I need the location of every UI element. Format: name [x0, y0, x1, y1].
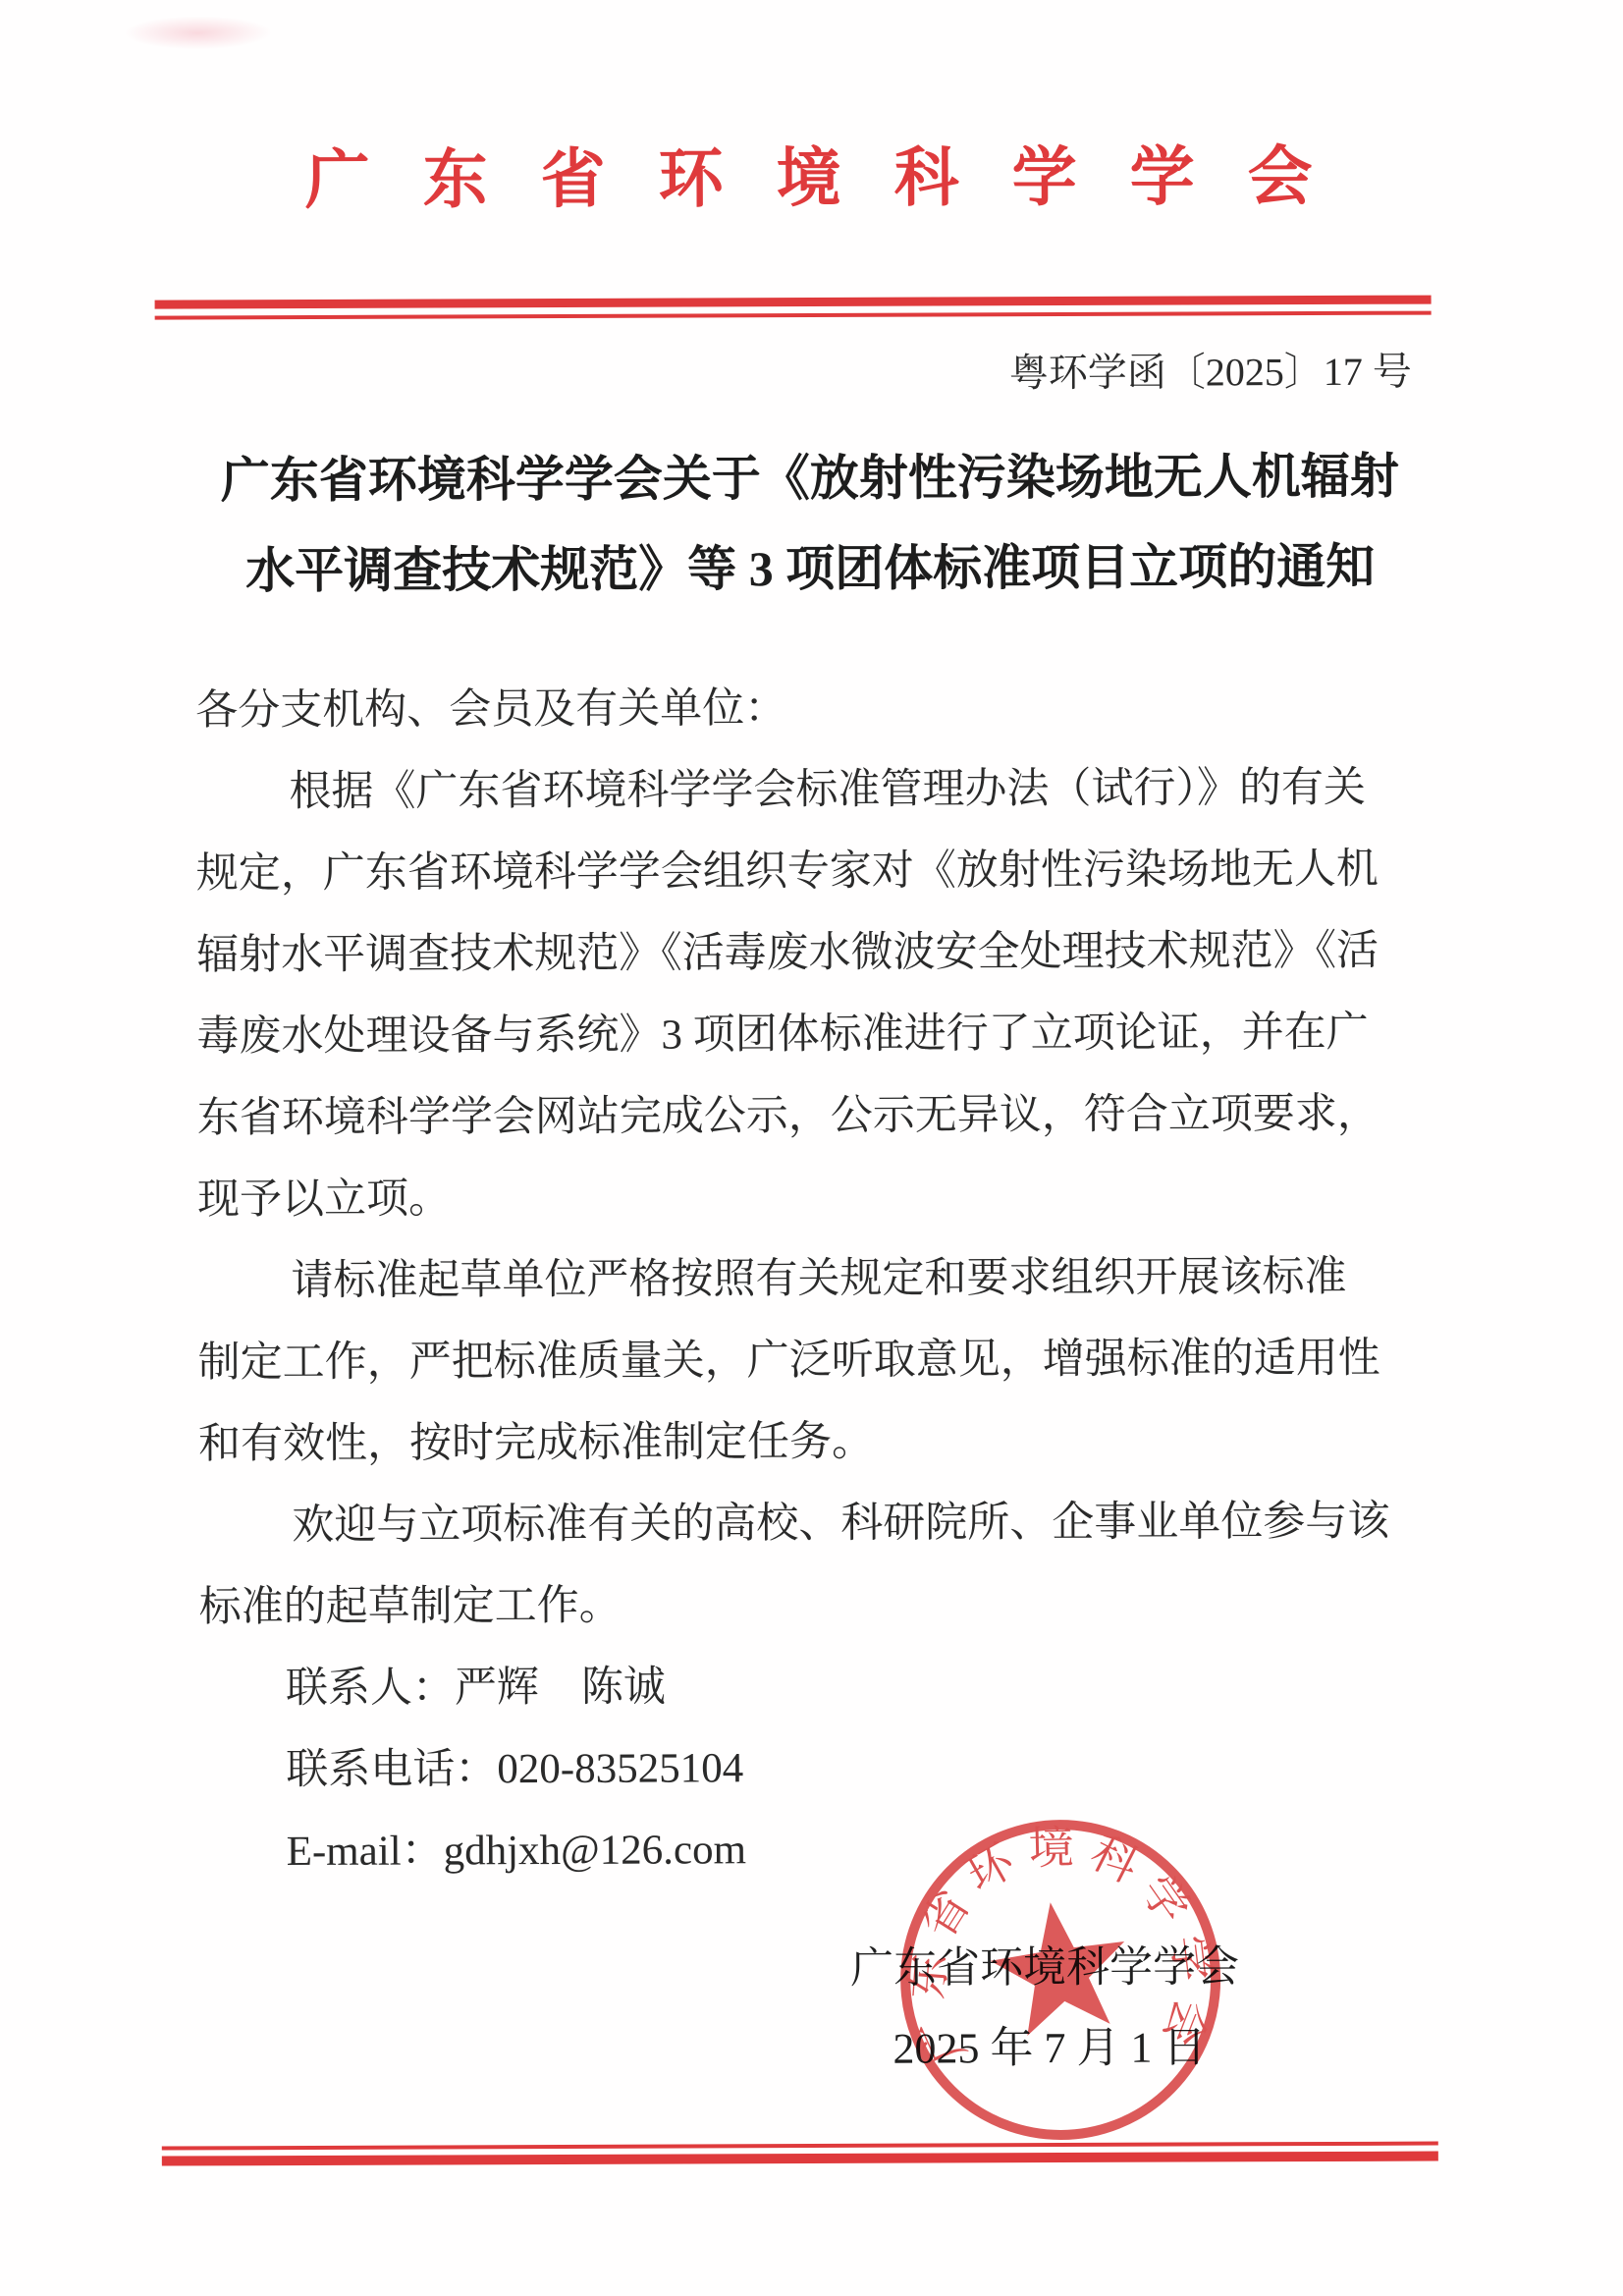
footer-double-rule: [162, 2142, 1438, 2166]
body-line: 请标准起草单位严格按照有关规定和要求组织开展该标准: [197, 1236, 1436, 1323]
body-line: 标准的起草制定工作。: [199, 1562, 1438, 1649]
letterhead-org-name: 广东省环境科学学会: [0, 123, 1620, 222]
body-line: 毒废水处理设备与系统》3 项团体标准进行了立项论证，并在广: [196, 992, 1435, 1078]
notice-title-line2: 水平调查技术规范》等 3 项团体标准项目立项的通知: [0, 520, 1622, 617]
scan-smudge-artifact: [124, 16, 271, 50]
seal-star-icon: [984, 1892, 1136, 2039]
contact-phone: 联系电话：020-83525104: [199, 1725, 1438, 1812]
notice-body: 各分支机构、会员及有关单位： 根据《广东省环境科学学会标准管理办法（试行）》的有…: [195, 666, 1439, 1893]
contact-person: 联系人：严辉 陈诚: [199, 1644, 1438, 1730]
rule-thick-bar: [162, 2152, 1438, 2166]
notice-title: 广东省环境科学学会关于《放射性污染场地无人机辐射 水平调查技术规范》等 3 项团…: [0, 430, 1622, 617]
scan-content: 广东省环境科学学会 粤环学函〔2025〕17 号 广东省环境科学学会关于《放射性…: [0, 0, 1623, 2296]
contact-email: E-mail：gdhjxh@126.com: [199, 1807, 1438, 1893]
body-line: 规定，广东省环境科学学会组织专家对《放射性污染场地无人机: [196, 829, 1435, 915]
body-line: 制定工作，严把标准质量关，广泛听取意见，增强标准的适用性: [198, 1318, 1437, 1404]
rule-thick-bar: [155, 296, 1432, 309]
body-line: 根据《广东省环境科学学会标准管理办法（试行）》的有关: [195, 747, 1434, 834]
body-line: 和有效性，按时完成标准制定任务。: [198, 1399, 1437, 1486]
rule-thin-bar: [162, 2142, 1438, 2151]
rule-thin-bar: [155, 311, 1432, 320]
letterhead-double-rule: [155, 296, 1432, 320]
body-line: 东省环境科学学会网站完成公示，公示无异议，符合立项要求，: [197, 1073, 1436, 1160]
body-line: 辐射水平调查技术规范》《活毒废水微波安全处理技术规范》《活: [196, 910, 1435, 997]
salutation: 各分支机构、会员及有关单位：: [195, 666, 1434, 752]
notice-title-line1: 广东省环境科学学会关于《放射性污染场地无人机辐射: [0, 430, 1621, 526]
body-line: 现予以立项。: [197, 1155, 1436, 1241]
document-number: 粤环学函〔2025〕17 号: [1009, 341, 1412, 399]
official-seal: 广东省环境科学学会: [895, 1814, 1226, 2145]
document-page: 广东省环境科学学会 粤环学函〔2025〕17 号 广东省环境科学学会关于《放射性…: [0, 0, 1623, 2296]
body-line: 欢迎与立项标准有关的高校、科研院所、企事业单位参与该: [198, 1481, 1437, 1567]
